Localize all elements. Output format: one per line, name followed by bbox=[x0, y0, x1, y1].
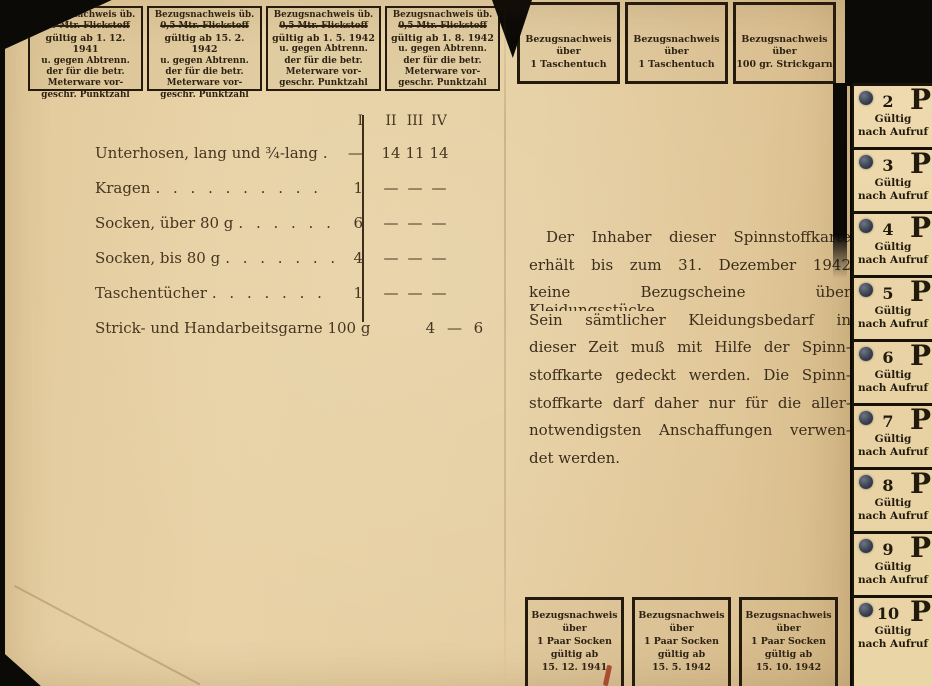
stamp-line: Bezugsnachweis bbox=[528, 609, 621, 622]
cell-III: — bbox=[403, 284, 427, 302]
diagonal-crease bbox=[14, 585, 200, 685]
stamp-line: 1 Taschentuch bbox=[520, 59, 617, 71]
cell-III: 11 bbox=[403, 144, 427, 162]
cell-I: 1 bbox=[341, 284, 363, 302]
background-corner bbox=[845, 0, 932, 86]
coupon-valid-line2: nach Aufruf bbox=[854, 190, 932, 202]
table-row: Strick- und Handarbeitsgarne 100 g 4 — 6 bbox=[95, 319, 451, 354]
cell-II: — bbox=[379, 249, 403, 267]
table-row: Socken, bis 80 g . . . . . . . . 4 — — — bbox=[95, 249, 451, 284]
row-leader-dots: . . . . . . . . . . bbox=[155, 179, 336, 197]
coupon-valid-line2: nach Aufruf bbox=[854, 318, 932, 330]
ration-coupon-3: 3 P Gültig nach Aufruf bbox=[854, 150, 932, 214]
col-header-I: I bbox=[341, 113, 363, 129]
coupon-valid-line1: Gültig bbox=[854, 497, 932, 509]
stamp-line: gültig ab bbox=[742, 648, 835, 661]
table-header-row: I II III IV bbox=[95, 112, 451, 144]
coupon-valid-line2: nach Aufruf bbox=[854, 254, 932, 266]
stamp-line: 1 Taschentuch bbox=[628, 59, 725, 71]
stamp-line: der für die betr. bbox=[388, 56, 497, 67]
cell-I: 1 bbox=[341, 179, 363, 197]
ration-coupon-8: 8 P Gültig nach Aufruf bbox=[854, 470, 932, 534]
notice-line: erhält bis zum 31. Dezember 1942 bbox=[529, 256, 851, 284]
cell-II: — bbox=[379, 214, 403, 232]
socken-stamp-3: Bezugsnachweis über 1 Paar Socken gültig… bbox=[739, 597, 838, 686]
cell-II: — bbox=[379, 179, 403, 197]
taschentuch-stamp-2: Bezugsnachweis über 1 Taschentuch bbox=[625, 2, 728, 84]
stamp-line: über bbox=[736, 46, 833, 58]
coupon-letter-p: P bbox=[910, 275, 931, 308]
coupon-valid-line2: nach Aufruf bbox=[854, 446, 932, 458]
ration-coupon-7: 7 P Gültig nach Aufruf bbox=[854, 406, 932, 470]
cell-IV: 14 bbox=[427, 144, 451, 162]
cell-III: — bbox=[403, 214, 427, 232]
stamp-line: der für die betr. bbox=[150, 67, 259, 78]
stamp-line: über bbox=[528, 622, 621, 635]
stamp-line: Meterware vor- bbox=[150, 78, 259, 89]
coupon-number: 4 bbox=[862, 220, 914, 239]
flickstoff-stamp-4: Bezugsnachweis üb. 0,5 Mtr. Flickstoff g… bbox=[385, 6, 500, 91]
stamp-line: Bezugsnachweis bbox=[520, 34, 617, 46]
ration-coupon-6: 6 P Gültig nach Aufruf bbox=[854, 342, 932, 406]
stamp-line: geschr. Punktzahl bbox=[31, 90, 140, 101]
socken-stamp-2: Bezugsnachweis über 1 Paar Socken gültig… bbox=[632, 597, 731, 686]
stamp-line: 1 Paar Socken bbox=[528, 635, 621, 648]
notice-line: keine Bezugscheine über Kleidungsstücke. bbox=[529, 283, 851, 311]
coupon-letter-p: P bbox=[910, 595, 931, 628]
coupon-valid-line2: nach Aufruf bbox=[854, 126, 932, 138]
row-label: Strick- und Handarbeitsgarne 100 g bbox=[95, 319, 370, 337]
cell-IV: 6 bbox=[466, 319, 490, 337]
stamp-line: über bbox=[628, 46, 725, 58]
notice-line: Sein sämtlicher Kleidungsbedarf in bbox=[529, 311, 851, 339]
col-header-III: III bbox=[403, 113, 427, 129]
row-leader-dots: . . . . . . . bbox=[238, 214, 336, 232]
stamp-line: Bezugsnachweis bbox=[736, 34, 833, 46]
stamp-line: 100 gr. Strickgarn bbox=[736, 59, 833, 71]
coupon-valid-line1: Gültig bbox=[854, 305, 932, 317]
notice-line: dieser Zeit muß mit Hilfe der Spinn- bbox=[529, 338, 851, 366]
coupon-number: 7 bbox=[862, 412, 914, 431]
stamp-valid-date: gültig ab 1. 8. 1942 bbox=[388, 33, 497, 44]
coupon-valid-line1: Gültig bbox=[854, 113, 932, 125]
stamp-line: u. gegen Abtrenn. bbox=[388, 44, 497, 55]
stamp-line: Bezugsnachweis bbox=[628, 34, 725, 46]
notice-line: stoffkarte darf daher nur für die aller- bbox=[529, 394, 851, 422]
stamp-line: Bezugsnachweis üb. bbox=[388, 10, 497, 21]
cell-IV: — bbox=[427, 284, 451, 302]
stamp-line: der für die betr. bbox=[31, 67, 140, 78]
row-label: Unterhosen, lang und ¾-lang bbox=[95, 144, 318, 162]
voucher-stamp-row: Bezugsnachweis über 1 Taschentuch Bezugs… bbox=[517, 2, 836, 84]
row-leader-dots: . . . . . . . . bbox=[212, 284, 336, 302]
stamp-line: über bbox=[635, 622, 728, 635]
stamp-line: Meterware vor- bbox=[269, 67, 378, 78]
allocation-table: I II III IV Unterhosen, lang und ¾-lang … bbox=[95, 112, 451, 354]
stamp-line: 1 Paar Socken bbox=[635, 635, 728, 648]
socken-stamp-row: Bezugsnachweis über 1 Paar Socken gültig… bbox=[525, 597, 838, 686]
stamp-line: u. gegen Abtrenn. bbox=[31, 56, 140, 67]
stamp-line: geschr. Punktzahl bbox=[150, 90, 259, 101]
table-column-rule bbox=[362, 115, 364, 322]
coupon-number: 6 bbox=[862, 348, 914, 367]
cell-I: 4 bbox=[341, 249, 363, 267]
row-label: Socken, über 80 g bbox=[95, 214, 233, 232]
coupon-valid-line1: Gültig bbox=[854, 241, 932, 253]
coupon-valid-line1: Gültig bbox=[854, 433, 932, 445]
flickstoff-stamp-1: Bezugsnachweis üb. 0,5 Mtr. Flickstoff g… bbox=[28, 6, 143, 91]
taschentuch-stamp-1: Bezugsnachweis über 1 Taschentuch bbox=[517, 2, 620, 84]
stamp-line: Meterware vor- bbox=[31, 78, 140, 89]
coupon-valid-line1: Gültig bbox=[854, 177, 932, 189]
stamp-line: 1 Paar Socken bbox=[742, 635, 835, 648]
cell-IV: — bbox=[427, 249, 451, 267]
stamp-line: über bbox=[742, 622, 835, 635]
stamp-line: Bezugsnachweis üb. bbox=[269, 10, 378, 21]
stamp-valid-date: 15. 5. 1942 bbox=[635, 661, 728, 674]
coupon-letter-p: P bbox=[910, 211, 931, 244]
strickgarn-stamp: Bezugsnachweis über 100 gr. Strickgarn bbox=[733, 2, 836, 84]
notice-paragraph: Der Inhaber dieser Spinnstoffkarte erhäl… bbox=[529, 228, 851, 476]
cell-I: 6 bbox=[341, 214, 363, 232]
stamp-line: gültig ab bbox=[635, 648, 728, 661]
cell-III: — bbox=[403, 249, 427, 267]
ration-coupon-10: 10 P Gültig nach Aufruf bbox=[854, 598, 932, 662]
cell-II: 4 bbox=[418, 319, 442, 337]
coupon-number: 2 bbox=[862, 92, 914, 111]
coupon-letter-p: P bbox=[910, 83, 931, 116]
stamp-line: u. gegen Abtrenn. bbox=[269, 44, 378, 55]
flickstoff-stamp-3: Bezugsnachweis üb. 0,5 Mtr. Flickstoff g… bbox=[266, 6, 381, 91]
notice-line: stoffkarte gedeckt werden. Die Spinn- bbox=[529, 366, 851, 394]
row-label: Socken, bis 80 g bbox=[95, 249, 220, 267]
coupon-letter-p: P bbox=[910, 531, 931, 564]
stamp-line-struck: 0,5 Mtr. Flickstoff bbox=[388, 21, 497, 32]
cell-I: — bbox=[341, 144, 363, 162]
coupon-valid-line1: Gültig bbox=[854, 561, 932, 573]
coupon-valid-line2: nach Aufruf bbox=[854, 574, 932, 586]
coupon-letter-p: P bbox=[910, 403, 931, 436]
stamp-line: Bezugsnachweis bbox=[635, 609, 728, 622]
stamp-line: der für die betr. bbox=[269, 56, 378, 67]
notice-line: notwendigsten Anschaffungen verwen- bbox=[529, 421, 851, 449]
ration-coupon-2: 2 P Gültig nach Aufruf bbox=[854, 86, 932, 150]
coupon-number: 3 bbox=[862, 156, 914, 175]
coupon-letter-p: P bbox=[910, 467, 931, 500]
coupon-number: 5 bbox=[862, 284, 914, 303]
coupon-number: 8 bbox=[862, 476, 914, 495]
stamp-valid-date: 15. 10. 1942 bbox=[742, 661, 835, 674]
col-header-IV: IV bbox=[427, 113, 451, 129]
stamp-line: gültig ab bbox=[528, 648, 621, 661]
cell-IV: — bbox=[427, 214, 451, 232]
stamp-line: u. gegen Abtrenn. bbox=[150, 56, 259, 67]
cell-II: — bbox=[379, 284, 403, 302]
coupon-valid-line1: Gültig bbox=[854, 625, 932, 637]
coupon-letter-p: P bbox=[910, 339, 931, 372]
ration-coupon-9: 9 P Gültig nach Aufruf bbox=[854, 534, 932, 598]
notice-line: det werden. bbox=[529, 449, 851, 477]
coupon-valid-line2: nach Aufruf bbox=[854, 510, 932, 522]
flickstoff-stamp-2: Bezugsnachweis üb. 0,5 Mtr. Flickstoff g… bbox=[147, 6, 262, 91]
stamp-valid-date: gültig ab 1. 12. 1941 bbox=[31, 33, 140, 56]
coupon-letter-p: P bbox=[910, 147, 931, 180]
coupon-strip: 2 P Gültig nach Aufruf 3 P Gültig nach A… bbox=[852, 83, 932, 686]
stamp-valid-date: gültig ab 1. 5. 1942 bbox=[269, 33, 378, 44]
stamp-line: Bezugsnachweis üb. bbox=[150, 10, 259, 21]
stamp-valid-date: gültig ab 15. 2. 1942 bbox=[150, 33, 259, 56]
ration-coupon-5: 5 P Gültig nach Aufruf bbox=[854, 278, 932, 342]
stamp-line-struck: 0,5 Mtr. Flickstoff bbox=[150, 21, 259, 32]
stamp-line: über bbox=[520, 46, 617, 58]
stamp-line-struck: 0,5 Mtr. Flickstoff bbox=[269, 21, 378, 32]
col-header-II: II bbox=[379, 113, 403, 129]
stamp-line: geschr. Punktzahl bbox=[388, 78, 497, 89]
row-label: Taschentücher bbox=[95, 284, 207, 302]
stamp-line-struck: 0,5 Mtr. Flickstoff bbox=[31, 21, 140, 32]
flickstoff-stamp-row: Bezugsnachweis üb. 0,5 Mtr. Flickstoff g… bbox=[28, 6, 500, 91]
row-leader-dots: . . bbox=[323, 144, 336, 162]
stamp-line: Bezugsnachweis bbox=[742, 609, 835, 622]
ration-card: Bezugsnachweis üb. 0,5 Mtr. Flickstoff g… bbox=[5, 0, 850, 686]
cell-IV: — bbox=[427, 179, 451, 197]
coupon-valid-line2: nach Aufruf bbox=[854, 382, 932, 394]
card-strip-gap bbox=[833, 83, 847, 278]
coupon-number: 10 bbox=[862, 604, 914, 623]
vertical-crease bbox=[504, 0, 506, 686]
table-row: Socken, über 80 g . . . . . . . 6 — — — bbox=[95, 214, 451, 249]
stamp-line: geschr. Punktzahl bbox=[269, 78, 378, 89]
stamp-line: Meterware vor- bbox=[388, 67, 497, 78]
coupon-valid-line1: Gültig bbox=[854, 369, 932, 381]
stamp-line: Bezugsnachweis üb. bbox=[31, 10, 140, 21]
notice-line: Der Inhaber dieser Spinnstoffkarte bbox=[529, 228, 851, 256]
table-row: Unterhosen, lang und ¾-lang . . — 14 11 … bbox=[95, 144, 451, 179]
cell-II: 14 bbox=[379, 144, 403, 162]
table-row: Kragen . . . . . . . . . . 1 — — — bbox=[95, 179, 451, 214]
row-label: Kragen bbox=[95, 179, 150, 197]
cell-III: — bbox=[442, 319, 466, 337]
ration-coupon-4: 4 P Gültig nach Aufruf bbox=[854, 214, 932, 278]
cell-III: — bbox=[403, 179, 427, 197]
table-row: Taschentücher . . . . . . . . 1 — — — bbox=[95, 284, 451, 319]
coupon-number: 9 bbox=[862, 540, 914, 559]
row-leader-dots: . . . . . . . . bbox=[225, 249, 336, 267]
coupon-valid-line2: nach Aufruf bbox=[854, 638, 932, 650]
